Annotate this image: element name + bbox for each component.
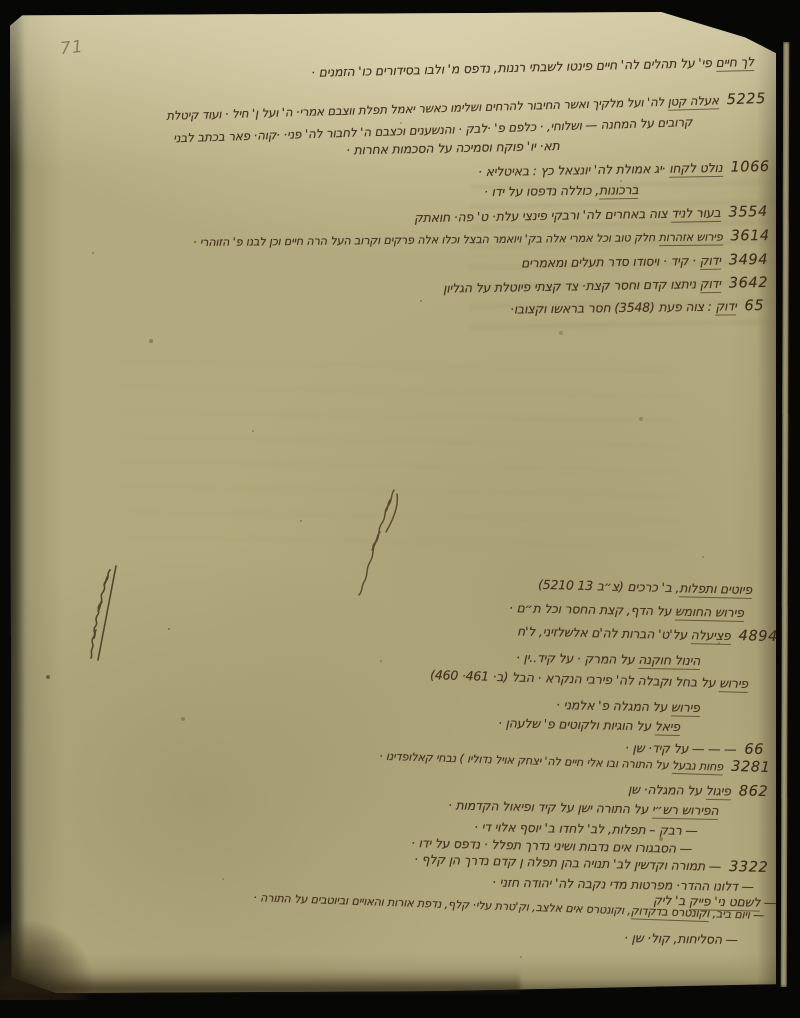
manuscript-scan: 71 לך חיים פי' על תהלים לה' חיים פינטו ל…: [0, 0, 800, 1018]
entry-number: 3554: [729, 204, 769, 221]
left-margin-scribble-icon: [86, 560, 126, 668]
entry-title: פירוש החומש: [675, 604, 744, 622]
entry-title: פיגול: [705, 783, 731, 800]
entry-text: ·יג אמולת לה' יונצאל כץ : באיטליא ·: [478, 161, 669, 179]
entry-title: פירוש אזהרות: [659, 230, 723, 246]
entry-number: 3494: [729, 252, 769, 269]
manuscript-line: 862פיגול על המגלה· שן: [628, 783, 769, 800]
entry-title: פיאל: [655, 718, 681, 736]
entry-title: פירוש: [671, 699, 700, 717]
entry-number: 3281: [730, 759, 770, 776]
entry-number: 66: [744, 742, 764, 758]
entry-number: 862: [738, 783, 768, 800]
entry-title: וקונטרס בדקדוק: [630, 904, 709, 922]
entry-text: — ויום ביב,: [709, 907, 764, 922]
foxing-speckles: [0, 0, 2, 2]
entry-title: אעלה קטן: [667, 93, 719, 110]
entry-number: 1066: [731, 159, 771, 176]
entry-text: על'ט' הברות לה'ם אלשלזיני, ל'ח: [517, 624, 691, 643]
entry-text: : צוה פעת ‪(3548)‬ חסר בראשו וקצובו·: [510, 299, 716, 317]
manuscript-line: פירוש על המגלה פ' אלמני ·: [556, 699, 700, 715]
entry-title: ברכונות: [598, 182, 638, 200]
manuscript-line: ברכונות, כוללה נדפסו על ידו ·: [483, 184, 638, 199]
entry-title: ידוק: [715, 298, 736, 315]
entry-title: לך חיים: [715, 54, 754, 72]
entry-text: על המגלה פ' אלמני ·: [556, 697, 671, 714]
entry-number: 3642: [729, 275, 769, 292]
entry-number: 4894: [739, 628, 779, 645]
entry-text: , כוללה נדפסו על ידו ·: [483, 183, 598, 200]
entry-title: הינול חוקנה: [638, 652, 700, 670]
entry-number: 3322: [729, 859, 769, 876]
manuscript-line: 65ידוק : צוה פעת ‪(3548)‬ חסר בראשו וקצו…: [510, 299, 764, 317]
manuscript-line: — הסליחות, קול· שן ·: [624, 932, 738, 946]
entry-title: פירוש: [719, 675, 748, 693]
diagonal-margin-scribble-icon: [350, 486, 404, 598]
entry-text: על המרק · על קיד..ין ·: [516, 650, 639, 667]
manuscript-line: 3494ידוק · קיד · ויסודו סדר תעלים ומאמרי…: [521, 253, 768, 271]
manuscript-line: 66— — — על קיד· שן ·: [625, 741, 764, 757]
entry-text: —: [760, 895, 776, 910]
entry-title: פציעלה: [691, 627, 731, 645]
page-right-edge-sliver: [781, 42, 789, 987]
entry-title: הפירוש רש״י: [651, 802, 718, 820]
entry-title: ידוק: [699, 276, 720, 293]
entry-number: 5225: [726, 91, 766, 108]
entry-number: 65: [744, 298, 764, 314]
entry-title: פיוטים ותפלות: [679, 580, 752, 599]
entry-title: נולט לקחו: [669, 160, 723, 178]
bottom-edge-shadow: [0, 966, 520, 992]
folio-number: 71: [59, 37, 85, 59]
entry-number: 3614: [731, 228, 770, 244]
entry-title: ידוק: [699, 253, 720, 270]
entry-title: בעור לניד: [671, 205, 721, 223]
entry-text: · קיד · ויסודו סדר תעלים ומאמרים: [521, 253, 700, 270]
entry-title: פחות נבעל: [671, 759, 723, 776]
manuscript-line: הינול חוקנה על המרק · על קיד..ין ·: [516, 652, 700, 668]
entry-text: — הסליחות, קול· שן ·: [624, 930, 738, 947]
entry-text: על המגלה· שן: [628, 782, 706, 798]
entry-text: — — — על קיד· שן ·: [625, 740, 737, 757]
